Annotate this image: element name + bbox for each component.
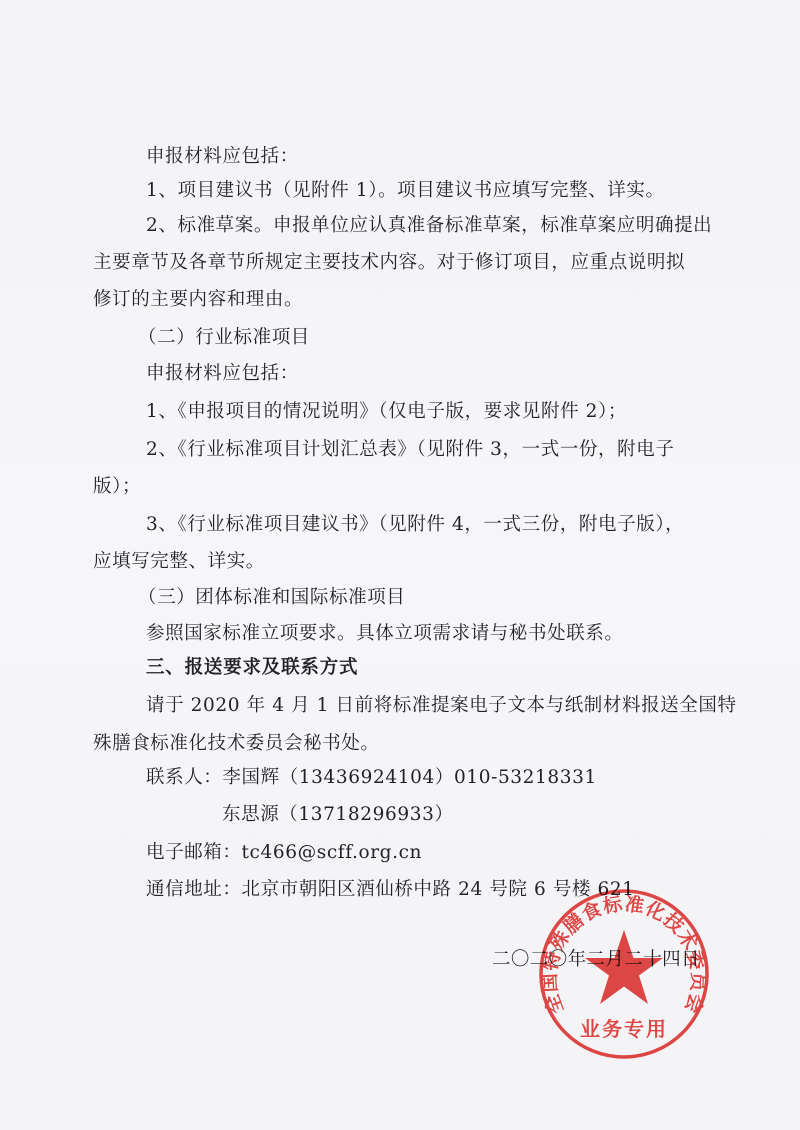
- contact-line-1: 联系人：李国辉（13436924104）010-53218331: [146, 766, 597, 790]
- email-line: 电子邮箱：tc466@scff.org.cn: [146, 841, 422, 865]
- contact-person-2: 东思源（13718296933）: [222, 803, 454, 827]
- contact-label: 联系人：: [146, 767, 222, 788]
- paragraph-item-2: 2、标准草案。申报单位应认真准备标准草案，标准草案应明确提出: [146, 214, 712, 238]
- section-heading-industry-standards: （二）行业标准项目: [138, 326, 310, 350]
- paragraph-materials-label: 申报材料应包括：: [146, 145, 299, 169]
- paragraph-item-1: 1、项目建议书（见附件 1）。项目建议书应填写完整、详实。: [146, 179, 665, 203]
- official-seal-stamp: 全国特殊膳食标准化技术委员会 业务专用: [536, 886, 712, 1062]
- paragraph-item-2-cont: 主要章节及各章节所规定主要技术内容。对于修订项目，应重点说明拟: [93, 251, 685, 275]
- email-label: 电子邮箱：: [146, 842, 242, 863]
- paragraph-materials-label-2: 申报材料应包括：: [146, 362, 299, 386]
- seal-bottom-text: 业务专用: [580, 1017, 668, 1041]
- paragraph-industry-item-2-cont: 版）；: [93, 475, 141, 499]
- document-page: 申报材料应包括： 1、项目建议书（见附件 1）。项目建议书应填写完整、详实。 2…: [0, 0, 800, 1130]
- address-label: 通信地址：: [146, 879, 242, 900]
- paragraph-industry-item-2: 2、《行业标准项目计划汇总表》（见附件 3，一式一份，附电子: [146, 438, 674, 462]
- email-link[interactable]: tc466@scff.org.cn: [242, 842, 423, 863]
- section-heading-group-intl-standards: （三）团体标准和国际标准项目: [138, 586, 405, 610]
- paragraph-industry-item-3-cont: 应填写完整、详实。: [93, 550, 265, 574]
- paragraph-submission-deadline-cont: 殊膳食标准化技术委员会秘书处。: [93, 732, 380, 756]
- paragraph-industry-item-1: 1、《申报项目的情况说明》（仅电子版，要求见附件 2）；: [146, 400, 627, 424]
- paragraph-submission-deadline: 请于 2020 年 4 月 1 日前将标准提案电子文本与纸制材料报送全国特: [146, 694, 737, 718]
- star-icon: [585, 930, 663, 1004]
- section-heading-submission: 三、报送要求及联系方式: [146, 656, 358, 680]
- contact-person-1: 李国辉（13436924104）010-53218331: [222, 767, 597, 788]
- paragraph-item-2-cont2: 修订的主要内容和理由。: [93, 288, 303, 312]
- paragraph-industry-item-3: 3、《行业标准项目建议书》（见附件 4，一式三份，附电子版），: [146, 513, 684, 537]
- paragraph-group-intl: 参照国家标准立项要求。具体立项需求请与秘书处联系。: [146, 622, 624, 646]
